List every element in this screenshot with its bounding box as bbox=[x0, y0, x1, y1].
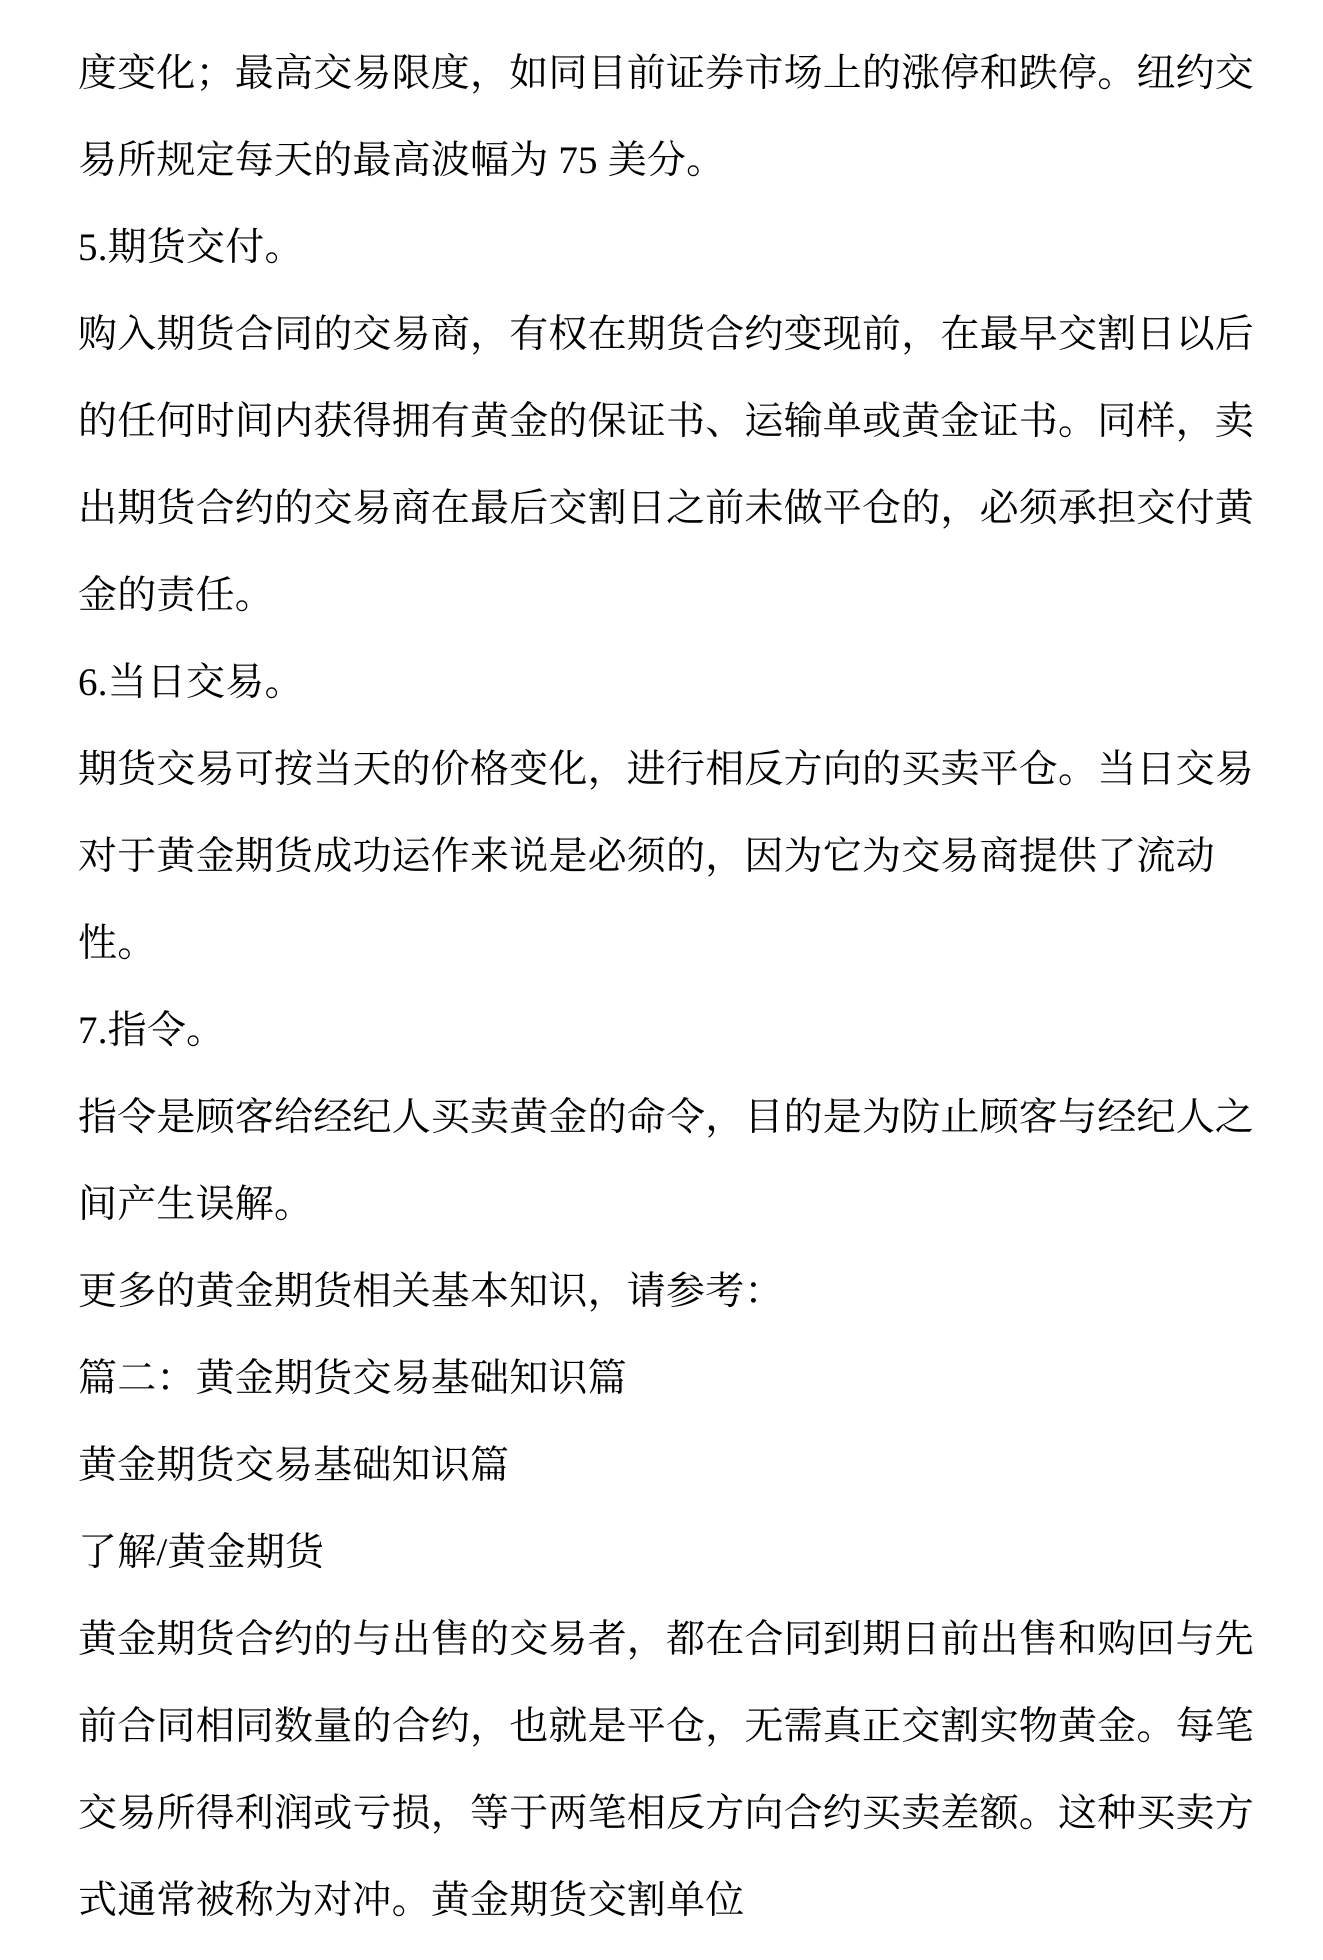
text-line: 交易所得利润或亏损，等于两笔相反方向合约买卖差额。这种买卖方 bbox=[78, 1770, 1267, 1857]
text-line: 式通常被称为对冲。黄金期货交割单位 bbox=[78, 1857, 1267, 1944]
text-line: 度变化；最高交易限度，如同目前证券市场上的涨停和跌停。纽约交 bbox=[78, 30, 1267, 117]
text-line: 前合同相同数量的合约，也就是平仓，无需真正交割实物黄金。每笔 bbox=[78, 1683, 1267, 1770]
text-line: 指令是顾客给经纪人买卖黄金的命令，目的是为防止顾客与经纪人之 bbox=[78, 1074, 1267, 1161]
text-line: 出期货合约的交易商在最后交割日之前未做平仓的，必须承担交付黄 bbox=[78, 465, 1267, 552]
text-line: 购入期货合同的交易商，有权在期货合约变现前，在最早交割日以后 bbox=[78, 291, 1267, 378]
text-line: 间产生误解。 bbox=[78, 1161, 1267, 1248]
text-line: 7.指令。 bbox=[78, 987, 1267, 1074]
document-page: 度变化；最高交易限度，如同目前证券市场上的涨停和跌停。纽约交 易所规定每天的最高… bbox=[0, 0, 1323, 1960]
text-line: 了解/黄金期货 bbox=[78, 1509, 1267, 1596]
text-line: 5.期货交付。 bbox=[78, 204, 1267, 291]
text-line: 黄金期货交易基础知识篇 bbox=[78, 1422, 1267, 1509]
text-line: 易所规定每天的最高波幅为 75 美分。 bbox=[78, 117, 1267, 204]
text-line: 篇二：黄金期货交易基础知识篇 bbox=[78, 1335, 1267, 1422]
text-line: 的任何时间内获得拥有黄金的保证书、运输单或黄金证书。同样，卖 bbox=[78, 378, 1267, 465]
text-line: 对于黄金期货成功运作来说是必须的，因为它为交易商提供了流动 bbox=[78, 813, 1267, 900]
text-line: 性。 bbox=[78, 900, 1267, 987]
text-line: 金的责任。 bbox=[78, 552, 1267, 639]
text-line: 6.当日交易。 bbox=[78, 639, 1267, 726]
text-line: 黄金期货合约的与出售的交易者，都在合同到期日前出售和购回与先 bbox=[78, 1596, 1267, 1683]
text-line: 更多的黄金期货相关基本知识，请参考： bbox=[78, 1248, 1267, 1335]
text-line: 期货交易可按当天的价格变化，进行相反方向的买卖平仓。当日交易 bbox=[78, 726, 1267, 813]
